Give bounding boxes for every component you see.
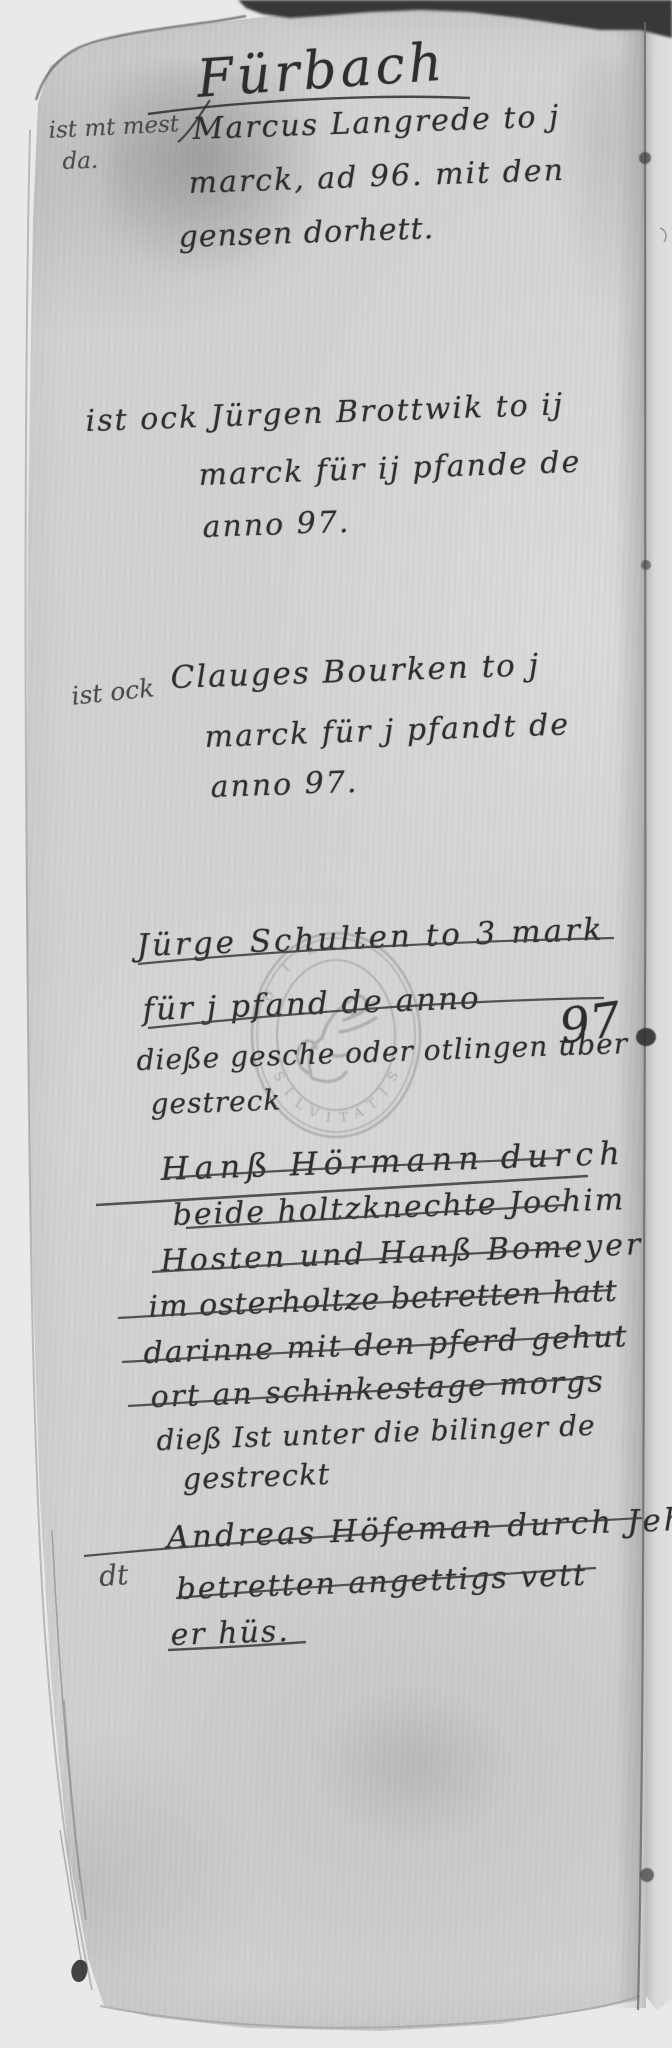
seal-border-letter: I (377, 1085, 391, 1099)
handwriting-line: er hüs. (170, 1614, 290, 1653)
seal-border-letter: I (279, 961, 293, 976)
marginal-note: da. (62, 148, 99, 175)
handwriting-line: gestreckt (182, 1457, 331, 1496)
seal-border-letter: L (292, 1096, 308, 1113)
marginal-note: dt (98, 1558, 129, 1593)
seal-border-text-lower: SILVITATIS (270, 1069, 403, 1126)
seal-border-letter: V (305, 1104, 320, 1122)
seal-border-letter: I (325, 1110, 332, 1125)
seal-border-letter: S (385, 1069, 402, 1084)
handwriting-line: anno 97. (202, 505, 351, 545)
handwriting-line: gestreck (150, 1083, 282, 1121)
binding-fold-shadow (616, 20, 646, 2008)
seal-border-letter: I (280, 1085, 294, 1099)
seal-border-letter: T (339, 1110, 350, 1126)
manuscript-scan: DIE SILVITATIS Fürbach ist mt mest da. M… (0, 0, 672, 2048)
torn-corner-dark-spot (71, 1960, 87, 1982)
seal-border-letter: T (365, 1096, 381, 1113)
adjacent-page-edge (646, 18, 672, 2012)
handwriting-line: anno 97. (210, 765, 359, 805)
seal-border-letter: A (351, 1105, 366, 1123)
